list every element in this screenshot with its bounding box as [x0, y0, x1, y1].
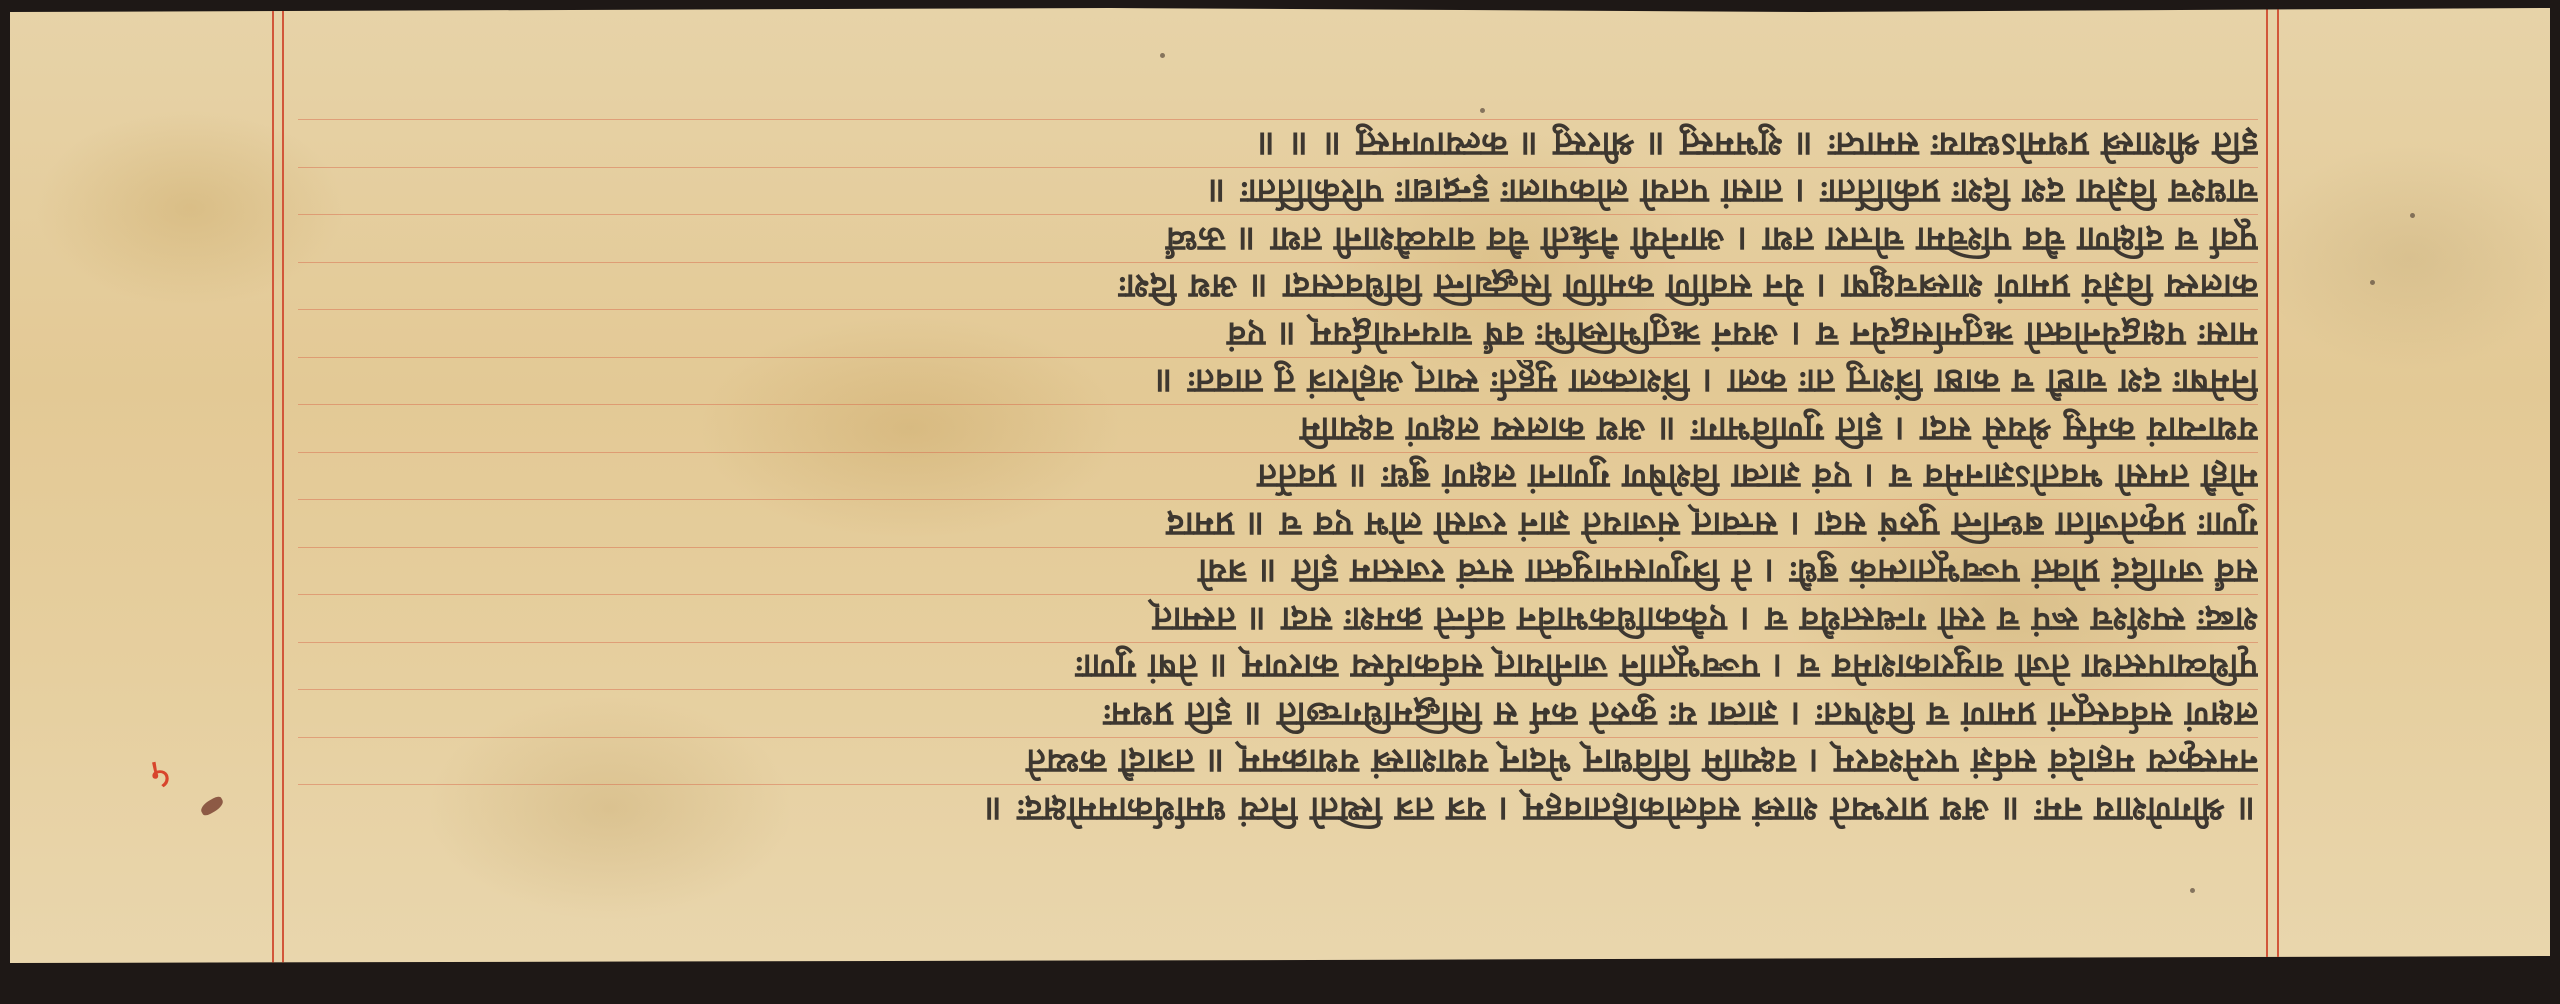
text-line-content: यथान्यायं कर्मसु श्रेयसे सदा । इति गुणवि… [298, 408, 2258, 450]
text-line: मासः पक्षद्वयेनोक्तो ऋतुर्मासद्वयेन च । … [298, 310, 2258, 358]
text-line: ॥ श्रीगणेशाय नमः ॥ अथ प्रारभ्यते शास्त्र… [298, 785, 2258, 833]
ink-stain [199, 795, 226, 817]
text-line: इति श्रीशास्त्रे प्रथमोऽध्यायः समाप्तः ॥… [298, 120, 2258, 168]
paper-speck [1480, 108, 1485, 113]
text-line-content: शब्दः स्पर्शश्च रूपं च रसो गन्धस्तथैव च … [298, 598, 2258, 640]
text-line-content: कालस्य विज्ञेयं प्रमाणं शास्त्रचक्षुषा ।… [298, 266, 2258, 308]
text-line: पूर्वा च दक्षिणा चैव पश्चिमा चोत्तरा तथा… [298, 215, 2258, 263]
right-margin-ruling-inner [2266, 8, 2268, 963]
text-line: नमस्कृत्य महादेवं सर्वज्ञं परमेश्वरम् । … [298, 737, 2258, 785]
text-line: शब्दः स्पर्शश्च रूपं च रसो गन्धस्तथैव च … [298, 595, 2258, 643]
text-line-content: मोहौ तमसो भवतोऽज्ञानमेव च । एवं ज्ञात्वा… [298, 456, 2258, 498]
text-line-content: मासः पक्षद्वयेनोक्तो ऋतुर्मासद्वयेन च । … [298, 313, 2258, 355]
paper-speck [2370, 280, 2375, 285]
text-line: यथान्यायं कर्मसु श्रेयसे सदा । इति गुणवि… [298, 405, 2258, 453]
text-line-content: गुणाः प्रकृतेर्जाता बध्नन्ति पुरुषं सदा … [298, 503, 2258, 545]
text-line: कालस्य विज्ञेयं प्रमाणं शास्त्रचक्षुषा ।… [298, 262, 2258, 310]
text-line: मोहौ तमसो भवतोऽज्ञानमेव च । एवं ज्ञात्वा… [298, 452, 2258, 500]
paper-speck [2190, 888, 2195, 893]
manuscript-text-block: ॥ श्रीगणेशाय नमः ॥ अथ प्रारभ्यते शास्त्र… [298, 120, 2258, 832]
text-line-content: पूर्वा च दक्षिणा चैव पश्चिमा चोत्तरा तथा… [298, 218, 2258, 260]
right-margin-ruling [2277, 8, 2279, 963]
text-line-content: लक्षणं सर्ववस्तूनां प्रमाणं च विशेषतः । … [298, 693, 2258, 735]
text-line-content: चाधश्च विज्ञेया दश दिशः प्रकीर्तिताः । त… [298, 171, 2258, 213]
text-line-content: इति श्रीशास्त्रे प्रथमोऽध्यायः समाप्तः ॥… [298, 123, 2258, 165]
text-line: सर्वं जगदिदं प्रोक्तं पञ्चभूतात्मकं बुधै… [298, 547, 2258, 595]
text-line-content: ॥ श्रीगणेशाय नमः ॥ अथ प्रारभ्यते शास्त्र… [298, 788, 2258, 830]
folio-number: ५ [150, 750, 171, 805]
text-line-content: सर्वं जगदिदं प्रोक्तं पञ्चभूतात्मकं बुधै… [298, 551, 2258, 593]
manuscript-folio: ५ ॥ श्रीगणेशाय नमः ॥ अथ प्रारभ्यते शास्त… [10, 8, 2550, 963]
text-line: लक्षणं सर्ववस्तूनां प्रमाणं च विशेषतः । … [298, 690, 2258, 738]
text-line-content: पृथिव्यापस्तथा तेजो वायुराकाशमेव च । पञ्… [298, 646, 2258, 688]
text-line: निमेषाः दश चाष्टौ च काष्ठा त्रिंशत्तु ता… [298, 357, 2258, 405]
text-line: पृथिव्यापस्तथा तेजो वायुराकाशमेव च । पञ्… [298, 642, 2258, 690]
paper-speck [2410, 213, 2415, 218]
left-margin-ruling-inner [282, 8, 284, 963]
text-line: चाधश्च विज्ञेया दश दिशः प्रकीर्तिताः । त… [298, 167, 2258, 215]
left-margin-ruling [272, 8, 274, 963]
text-line-content: नमस्कृत्य महादेवं सर्वज्ञं परमेश्वरम् । … [298, 741, 2258, 783]
text-line-content: निमेषाः दश चाष्टौ च काष्ठा त्रिंशत्तु ता… [298, 361, 2258, 403]
paper-speck [1160, 53, 1165, 58]
text-line: गुणाः प्रकृतेर्जाता बध्नन्ति पुरुषं सदा … [298, 500, 2258, 548]
